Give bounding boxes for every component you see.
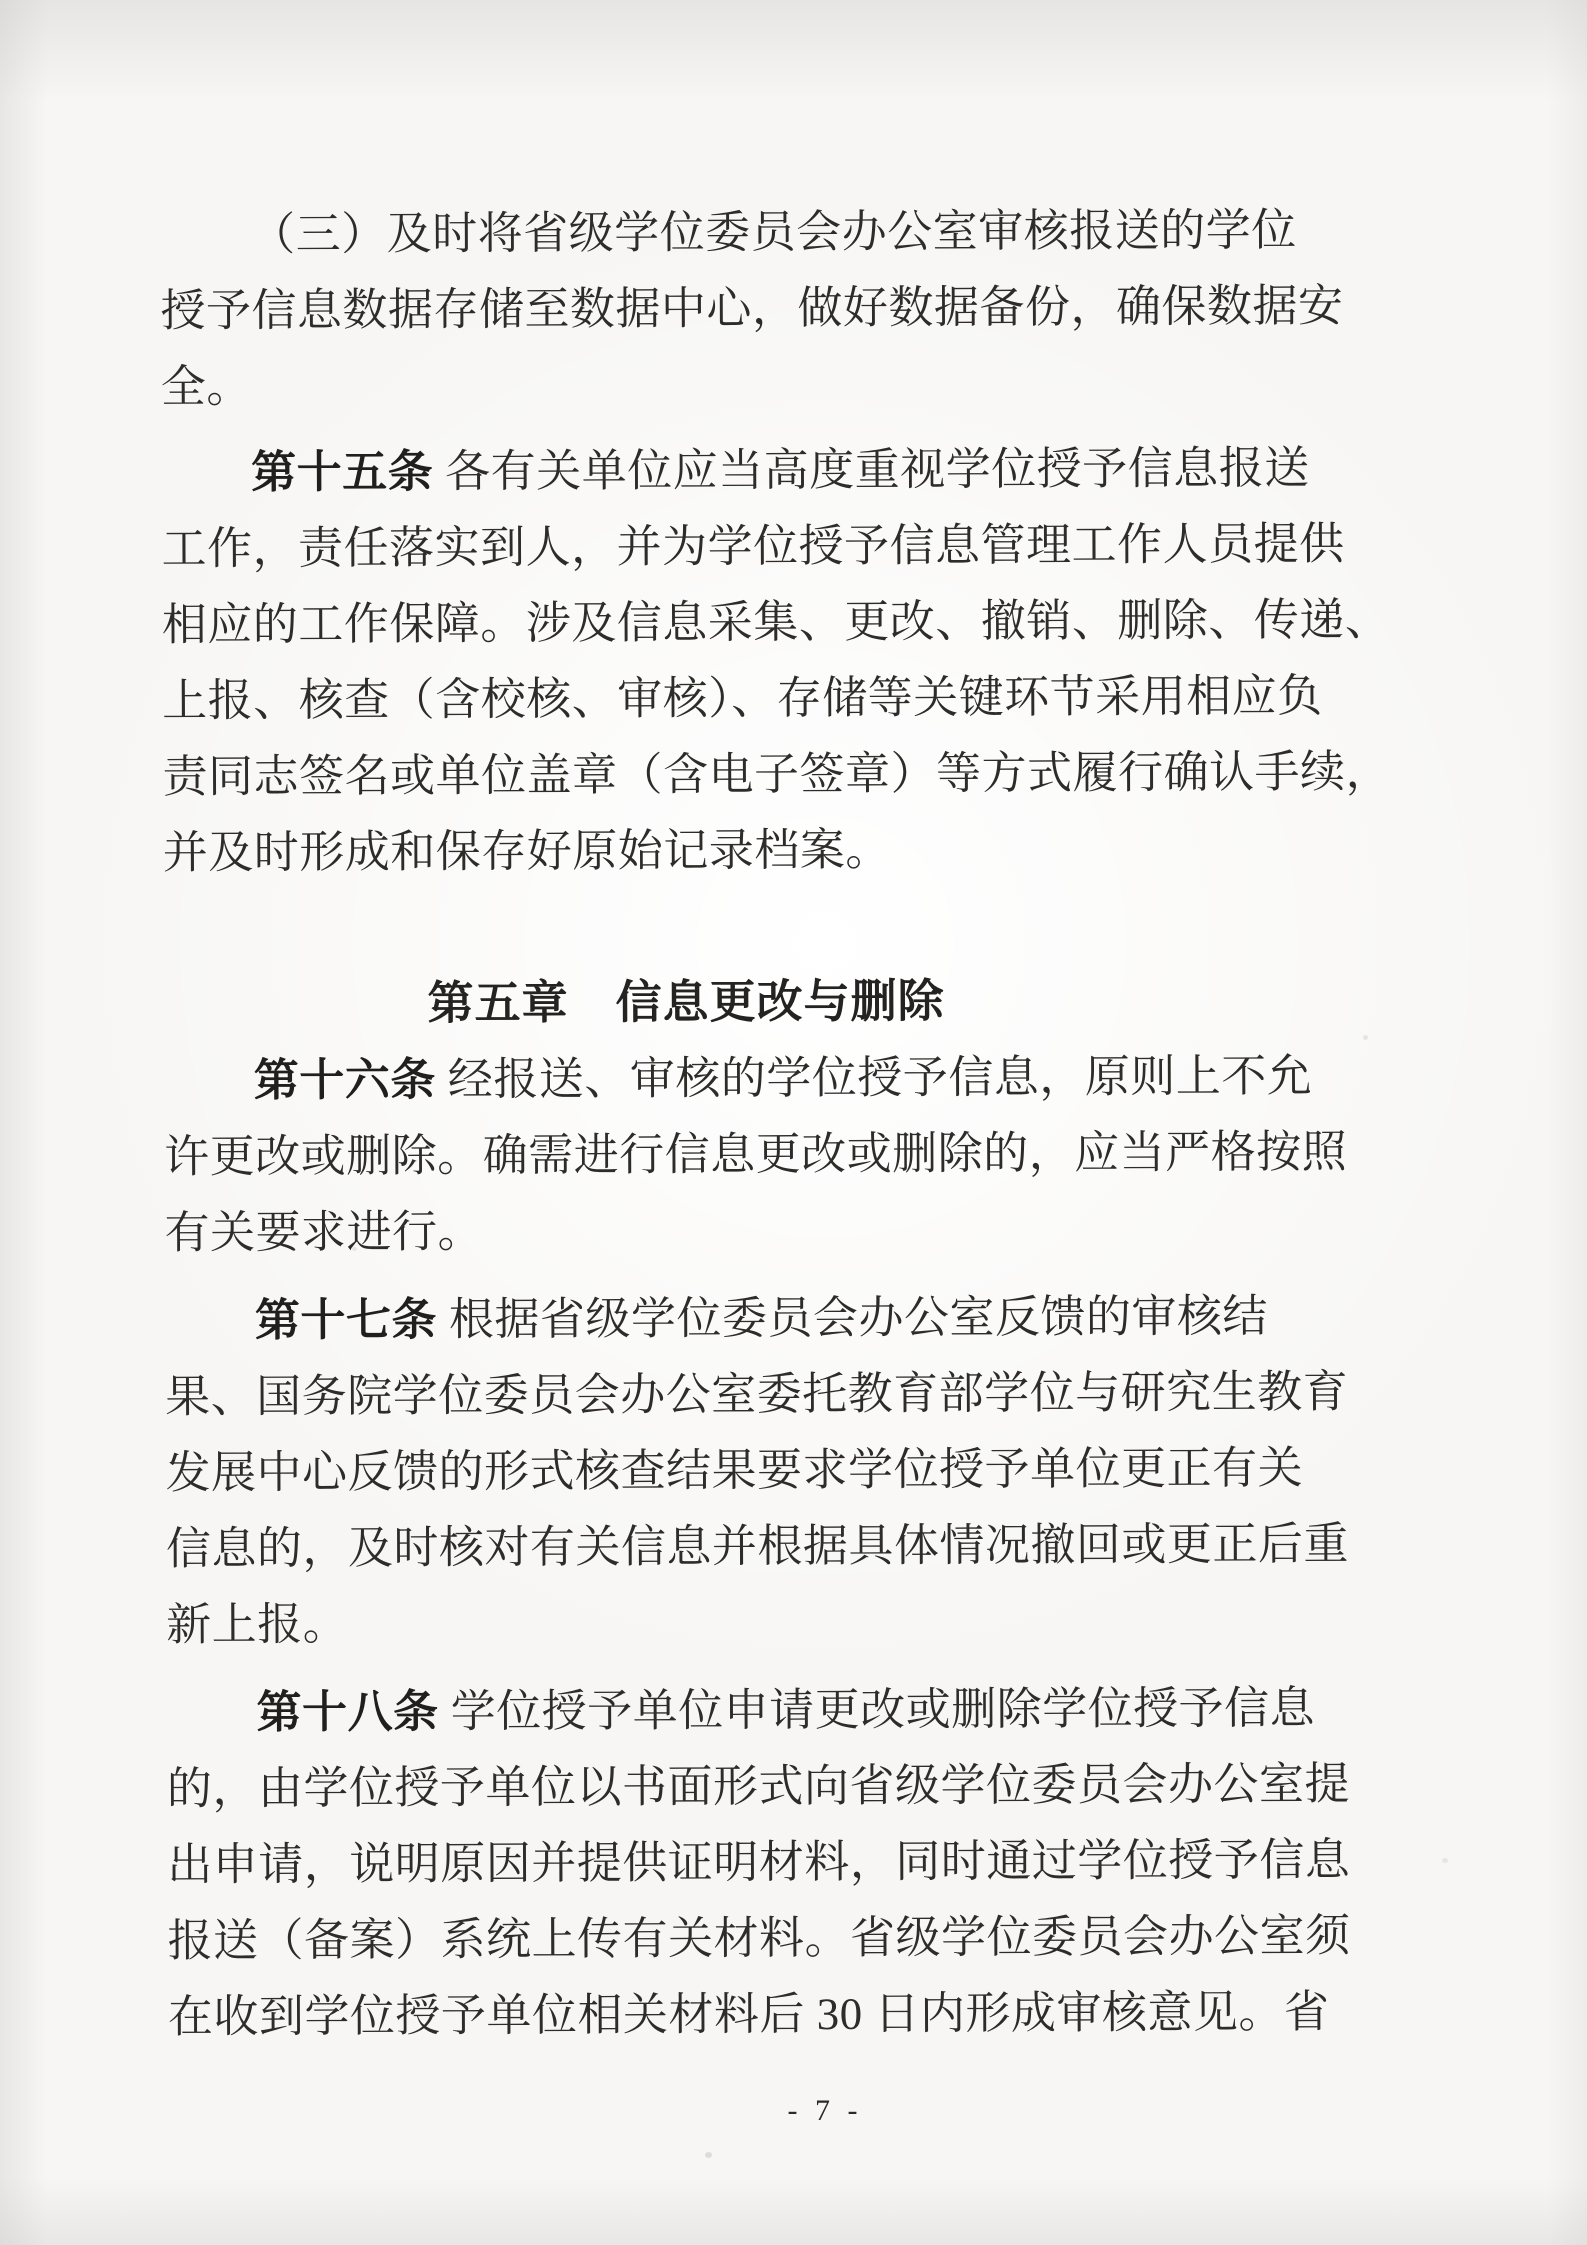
article-number-label: 第十八条 (257, 1687, 439, 1738)
text-line: 并及时形成和保存好原始记录档案。 (163, 810, 1358, 891)
text-line: 在收到学位授予单位相关材料后 30 日内形成审核意见。省 (168, 1974, 1363, 2055)
text-line: 信息的，及时核对有关信息并根据具体情况撤回或更正后重 (166, 1506, 1361, 1587)
scan-speckle (1363, 1035, 1368, 1040)
article-number-label: 第十七条 (255, 1295, 437, 1346)
scan-speckle (1442, 1858, 1448, 1863)
paragraph: 第十七条根据省级学位委员会办公室反馈的审核结果、国务院学位委员会办公室委托教育部… (165, 1278, 1362, 1663)
text-segment: 果、国务院学位委员会办公室委托教育部学位与研究生教育 (165, 1367, 1348, 1422)
text-segment: 经报送、审核的学位授予信息，原则上不允 (448, 1051, 1313, 1105)
text-segment: 在收到学位授予单位相关材料后 30 日内形成审核意见。省 (168, 1987, 1330, 2042)
document-body: （三）及时将省级学位委员会办公室审核报送的学位授予信息数据存储至数据中心，做好数… (160, 192, 1363, 2055)
text-segment: 责同志签名或单位盖章（含电子签章）等方式履行确认手续， (162, 747, 1391, 802)
text-segment: 相应的工作保障。涉及信息采集、更改、撤销、删除、传递、 (162, 595, 1391, 650)
text-line: 新上报。 (166, 1582, 1361, 1663)
text-line: 有关要求进行。 (164, 1190, 1359, 1271)
page-number: - 7 - (788, 2094, 863, 2128)
text-line: 相应的工作保障。涉及信息采集、更改、撤销、删除、传递、 (162, 582, 1357, 663)
text-line: 果、国务院学位委员会办公室委托教育部学位与研究生教育 (165, 1354, 1360, 1435)
text-line: 全。 (161, 344, 1356, 425)
text-line: 报送（备案）系统上传有关材料。省级学位委员会办公室须 (167, 1898, 1362, 1979)
text-segment: 出申请，说明原因并提供证明材料，同时通过学位授予信息 (167, 1835, 1350, 1890)
text-line: 授予信息数据存储至数据中心，做好数据备份，确保数据安 (160, 268, 1355, 349)
text-line: 的，由学位授予单位以书面形式向省级学位委员会办公室提 (167, 1746, 1362, 1827)
text-segment: 并及时形成和保存好原始记录档案。 (163, 825, 891, 878)
paragraph: （三）及时将省级学位委员会办公室审核报送的学位授予信息数据存储至数据中心，做好数… (160, 192, 1356, 425)
scan-speckle (705, 2152, 712, 2158)
scanned-document-page: （三）及时将省级学位委员会办公室审核报送的学位授予信息数据存储至数据中心，做好数… (0, 0, 1587, 2245)
text-line: （三）及时将省级学位委员会办公室审核报送的学位 (160, 192, 1355, 273)
text-line: 工作，责任落实到人，并为学位授予信息管理工作人员提供 (161, 506, 1356, 587)
paragraph: 第十六条经报送、审核的学位授予信息，原则上不允许更改或删除。确需进行信息更改或删… (164, 1038, 1360, 1271)
text-line: 发展中心反馈的形式核查结果要求学位授予单位更正有关 (165, 1430, 1360, 1511)
text-segment: 工作，责任落实到人，并为学位授予信息管理工作人员提供 (161, 519, 1344, 574)
text-segment: 的，由学位授予单位以书面形式向省级学位委员会办公室提 (167, 1759, 1350, 1814)
text-line: 出申请，说明原因并提供证明材料，同时通过学位授予信息 (167, 1822, 1362, 1903)
text-segment: 信息的，及时核对有关信息并根据具体情况撤回或更正后重 (166, 1519, 1349, 1574)
text-line: 许更改或删除。确需进行信息更改或删除的，应当严格按照 (164, 1114, 1359, 1195)
paragraph: 第十八条学位授予单位申请更改或删除学位授予信息的，由学位授予单位以书面形式向省级… (166, 1670, 1363, 2055)
text-segment: 报送（备案）系统上传有关材料。省级学位委员会办公室须 (168, 1911, 1351, 1966)
text-segment: 上报、核查（含校核、审核）、存储等关键环节采用相应负 (162, 671, 1323, 726)
article-number-label: 第十五条 (251, 447, 433, 498)
chapter-heading: 第五章 信息更改与删除 (88, 960, 1283, 1043)
text-line: 第十六条经报送、审核的学位授予信息，原则上不允 (164, 1038, 1359, 1119)
text-line: 上报、核查（含校核、审核）、存储等关键环节采用相应负 (162, 658, 1357, 739)
article-number-label: 第十六条 (254, 1055, 436, 1106)
text-segment: 发展中心反馈的形式核查结果要求学位授予单位更正有关 (165, 1443, 1303, 1498)
text-segment: 许更改或删除。确需进行信息更改或删除的，应当严格按照 (164, 1127, 1347, 1182)
text-segment: 新上报。 (166, 1599, 348, 1650)
text-segment: 有关要求进行。 (164, 1207, 483, 1258)
paragraph: 第十五条各有关单位应当高度重视学位授予信息报送工作，责任落实到人，并为学位授予信… (161, 430, 1358, 891)
scan-speckle (352, 1247, 357, 1251)
text-segment: 根据省级学位委员会办公室反馈的审核结 (449, 1291, 1268, 1345)
text-line: 第十七条根据省级学位委员会办公室反馈的审核结 (165, 1278, 1360, 1359)
text-line: 第十八条学位授予单位申请更改或删除学位授予信息 (166, 1670, 1361, 1751)
text-segment: 各有关单位应当高度重视学位授予信息报送 (445, 443, 1310, 497)
text-segment: 授予信息数据存储至数据中心，做好数据备份，确保数据安 (160, 281, 1343, 336)
text-segment: 全。 (161, 362, 252, 412)
text-segment: 学位授予单位申请更改或删除学位授予信息 (451, 1683, 1316, 1737)
text-segment: （三）及时将省级学位委员会办公室审核报送的学位 (250, 205, 1297, 260)
text-line: 责同志签名或单位盖章（含电子签章）等方式履行确认手续， (162, 734, 1357, 815)
text-line: 第十五条各有关单位应当高度重视学位授予信息报送 (161, 430, 1356, 511)
